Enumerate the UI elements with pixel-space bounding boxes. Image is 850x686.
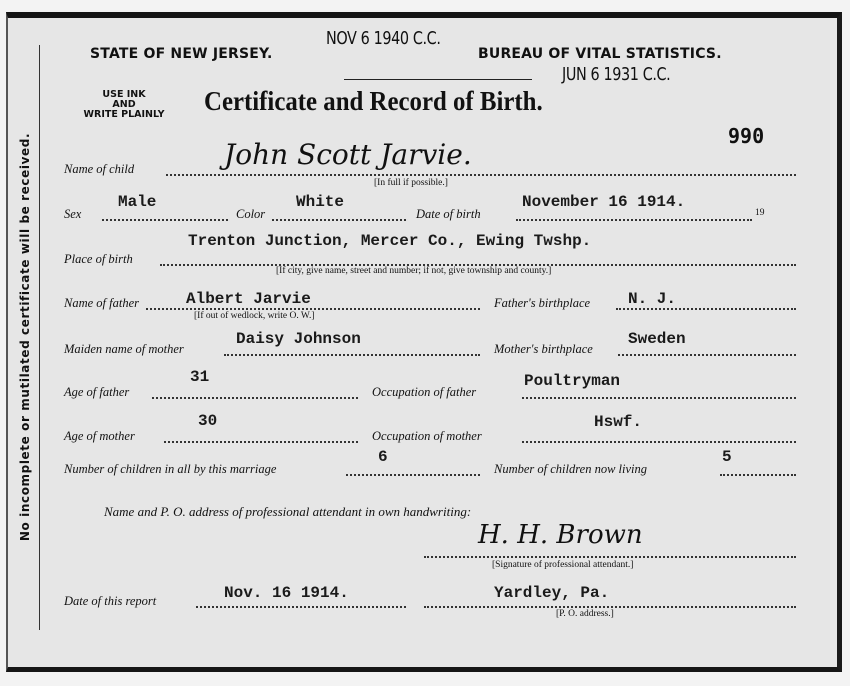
mother-occupation-label: Occupation of mother <box>372 429 482 444</box>
document-title: Certificate and Record of Birth. <box>204 86 543 117</box>
mother-birthplace-value: Sweden <box>628 330 686 348</box>
pob-label: Place of birth <box>64 252 133 267</box>
color-label: Color <box>236 207 265 222</box>
father-occupation-value: Poultryman <box>524 372 620 390</box>
dotted-line <box>720 474 796 476</box>
child-name-value: John Scott Jarvie. <box>224 138 472 171</box>
dotted-line <box>146 308 480 310</box>
children-all-label: Number of children in all by this marria… <box>64 462 276 477</box>
dotted-line <box>424 556 796 558</box>
dotted-line <box>616 308 796 310</box>
mother-birthplace-label: Mother's birthplace <box>494 342 593 357</box>
mother-occupation-value: Hswf. <box>594 413 642 431</box>
report-date-value: Nov. 16 1914. <box>224 584 349 602</box>
father-name-label: Name of father <box>64 296 139 311</box>
mother-age-label: Age of mother <box>64 429 135 444</box>
mother-name-value: Daisy Johnson <box>236 330 361 348</box>
child-name-hint: [In full if possible.] <box>374 178 448 188</box>
dotted-line <box>166 174 796 176</box>
dotted-line <box>522 441 796 443</box>
dotted-line <box>224 354 480 356</box>
father-age-value: 31 <box>190 368 209 386</box>
bureau-heading: BUREAU OF VITAL STATISTICS. <box>478 46 722 62</box>
dotted-line <box>164 441 358 443</box>
margin-rule <box>39 45 40 630</box>
instruction-line-3: WRITE PLAINLY <box>64 110 184 120</box>
pob-hint: [If city, give name, street and number; … <box>276 266 551 276</box>
side-note: No incomplete or mutilated certificate w… <box>18 122 32 552</box>
dotted-line <box>152 397 358 399</box>
sex-label: Sex <box>64 207 81 222</box>
children-living-label: Number of children now living <box>494 462 647 477</box>
received-stamp-1940: NOV 6 1940 C.C. <box>326 28 441 49</box>
attendant-label: Name and P. O. address of professional a… <box>104 504 471 520</box>
mother-name-label: Maiden name of mother <box>64 342 184 357</box>
dotted-line <box>102 219 228 221</box>
dotted-line <box>424 606 796 608</box>
father-name-value: Albert Jarvie <box>186 290 311 308</box>
dotted-line <box>196 606 406 608</box>
children-living-value: 5 <box>722 448 732 466</box>
father-birthplace-label: Father's birthplace <box>494 296 590 311</box>
dotted-line <box>522 397 796 399</box>
po-address-value: Yardley, Pa. <box>494 584 609 602</box>
father-occupation-label: Occupation of father <box>372 385 476 400</box>
dotted-line <box>618 354 796 356</box>
state-heading: STATE OF NEW JERSEY. <box>90 46 273 62</box>
signature-hint: [Signature of professional attendant.] <box>492 560 633 570</box>
father-age-label: Age of father <box>64 385 129 400</box>
dob-value: November 16 1914. <box>522 193 685 211</box>
dotted-line <box>346 474 480 476</box>
dotted-line <box>516 219 752 221</box>
attendant-signature: H. H. Brown <box>478 520 643 550</box>
sex-value: Male <box>118 193 156 211</box>
dob-label: Date of birth <box>416 207 481 222</box>
received-stamp-1931: JUN 6 1931 C.C. <box>562 64 670 85</box>
father-name-hint: [If out of wedlock, write O. W.] <box>194 311 315 321</box>
child-name-label: Name of child <box>64 162 134 177</box>
color-value: White <box>296 193 344 211</box>
pob-value: Trenton Junction, Mercer Co., Ewing Twsh… <box>188 232 591 250</box>
instruction-block: USE INK AND WRITE PLAINLY <box>64 90 184 120</box>
po-address-hint: [P. O. address.] <box>556 609 614 619</box>
dotted-line <box>272 219 406 221</box>
father-birthplace-value: N. J. <box>628 290 676 308</box>
mother-age-value: 30 <box>198 412 217 430</box>
serial-number: 990 <box>728 124 764 148</box>
dob-century-suffix: 19 <box>755 208 765 218</box>
report-date-label: Date of this report <box>64 594 156 609</box>
header-rule <box>344 79 532 80</box>
children-all-value: 6 <box>378 448 388 466</box>
